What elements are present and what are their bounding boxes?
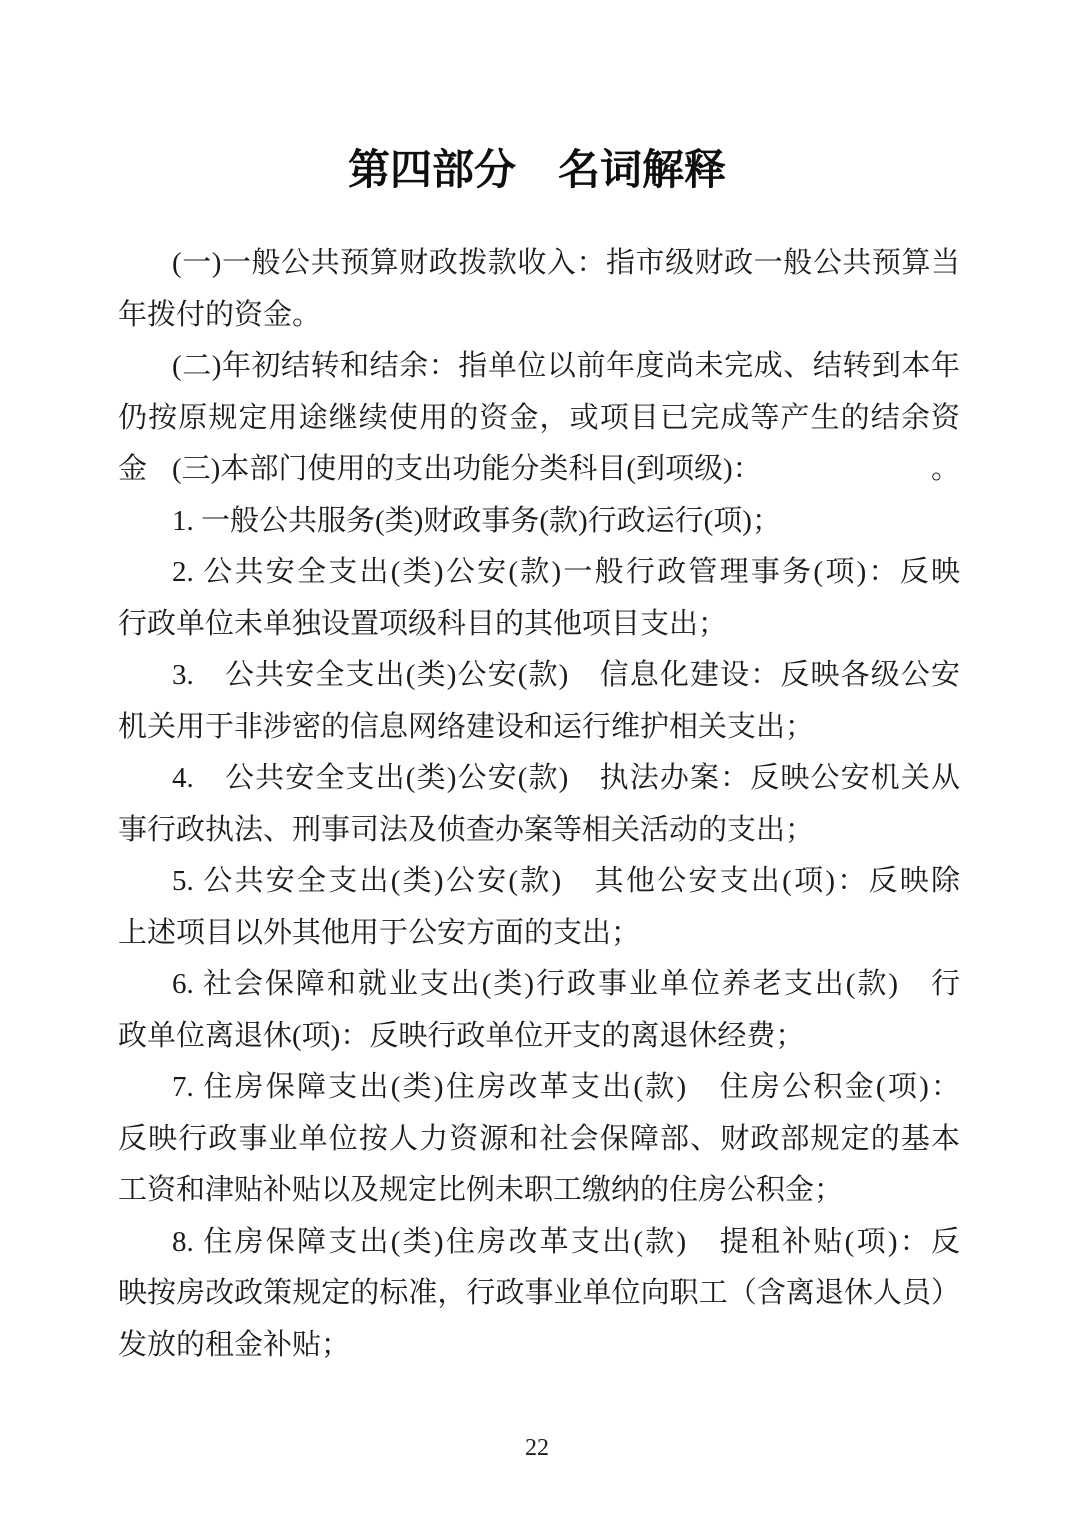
document-page: 第四部分 名词解释 (一)一般公共预算财政拨款收入：指市级财政一般公共预算当 年…	[0, 0, 1074, 1520]
text-line: 5. 公共安全支出(类)公安(款) 其他公安支出(项)：反映除	[118, 856, 960, 908]
page-number: 22	[0, 1434, 1074, 1462]
text-line: 年拨付的资金。	[118, 290, 960, 342]
text-line: (二)年初结转和结余：指单位以前年度尚未完成、结转到本年	[118, 341, 960, 393]
text-line: 8. 住房保障支出(类)住房改革支出(款) 提租补贴(项)：反	[118, 1217, 960, 1269]
text-line: 反映行政事业单位按人力资源和社会保障部、财政部规定的基本	[118, 1114, 960, 1166]
text-line: 机关用于非涉密的信息网络建设和运行维护相关支出；	[118, 702, 960, 754]
text-line: 行政单位未单独设置项级科目的其他项目支出；	[118, 599, 960, 651]
text-line: 4. 公共安全支出(类)公安(款) 执法办案：反映公安机关从	[118, 753, 960, 805]
text-line: 发放的租金补贴；	[118, 1320, 960, 1372]
text-line: 仍按原规定用途继续使用的资金，或项目已完成等产生的结余资金。	[118, 393, 960, 445]
text-line: 上述项目以外其他用于公安方面的支出；	[118, 908, 960, 960]
text-line: 政单位离退休(项)：反映行政单位开支的离退休经费；	[118, 1011, 960, 1063]
text-line: 事行政执法、刑事司法及侦查办案等相关活动的支出；	[118, 805, 960, 857]
text-line: 7. 住房保障支出(类)住房改革支出(款) 住房公积金(项)：	[118, 1062, 960, 1114]
text-line: 1. 一般公共服务(类)财政事务(款)行政运行(项)；	[118, 496, 960, 548]
text-line: 6. 社会保障和就业支出(类)行政事业单位养老支出(款) 行	[118, 959, 960, 1011]
text-line: (一)一般公共预算财政拨款收入：指市级财政一般公共预算当	[118, 238, 960, 290]
text-line: 2. 公共安全支出(类)公安(款)一般行政管理事务(项)：反映	[118, 547, 960, 599]
document-body: (一)一般公共预算财政拨款收入：指市级财政一般公共预算当 年拨付的资金。 (二)…	[118, 238, 960, 1371]
text-line: 3. 公共安全支出(类)公安(款) 信息化建设：反映各级公安	[118, 650, 960, 702]
text-line: 映按房改政策规定的标准，行政事业单位向职工（含离退休人员）	[118, 1268, 960, 1320]
page-title: 第四部分 名词解释	[0, 144, 1074, 196]
text-line: 工资和津贴补贴以及规定比例未职工缴纳的住房公积金；	[118, 1165, 960, 1217]
